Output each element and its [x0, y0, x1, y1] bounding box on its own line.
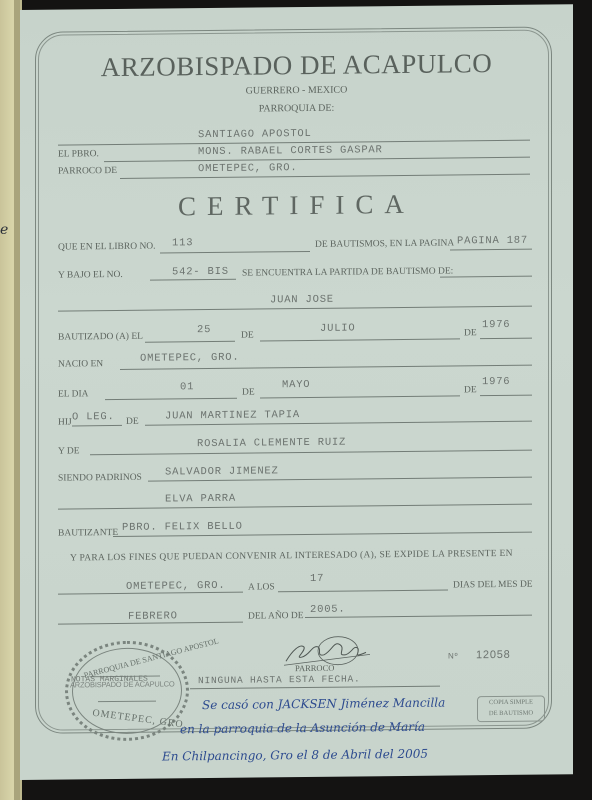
birth-month: MAYO: [282, 379, 310, 391]
year-label: DEL AÑO DE: [248, 611, 304, 622]
issuance-place: OMETEPEC, GRO.: [126, 580, 225, 593]
issuance-year: 2005.: [310, 604, 346, 616]
priest-value: MONS. RABAEL CORTES GASPAR: [198, 144, 383, 158]
birth-de2: DE: [464, 385, 477, 395]
issuance-day: 17: [310, 573, 324, 585]
copy-type-box: COPIA SIMPLE DE BAUTISMO: [477, 696, 545, 723]
baptism-day: 25: [197, 324, 211, 336]
birth-year: 1976: [482, 376, 510, 388]
number-value: 542- BIS: [172, 266, 229, 279]
a-los-label: A LOS: [248, 582, 275, 592]
parroco-value: OMETEPEC, GRO.: [198, 162, 297, 175]
father-name: JUAN MARTINEZ TAPIA: [165, 409, 300, 422]
mother-name: ROSALIA CLEMENTE RUIZ: [197, 437, 346, 451]
birth-place-value: OMETEPEC, GRO.: [140, 352, 239, 365]
baptism-de1: DE: [241, 331, 254, 341]
handwritten-marriage-note-line3: En Chilpancingo, Gro el 8 de Abril del 2…: [162, 747, 428, 764]
baptism-label: BAUTIZADO (A) EL: [58, 332, 143, 343]
handwritten-marriage-note-line1: Se casó con JACKSEN Jiménez Mancilla: [202, 696, 445, 713]
page-value: PAGINA 187: [457, 235, 528, 248]
godmother-name: ELVA PARRA: [165, 493, 236, 506]
baptism-de2: DE: [464, 328, 477, 338]
godparents-label: SIENDO PADRINOS: [58, 473, 142, 484]
godfather-name: SALVADOR JIMENEZ: [165, 465, 279, 478]
mother-label: Y DE: [58, 446, 80, 456]
hij-value: O LEG.: [72, 411, 115, 423]
serial-number: 12058: [476, 649, 511, 661]
birth-day: 01: [180, 381, 194, 393]
parish-seal-stamp: PARROQUIA DE SANTIAGO APOSTOL OMETEPEC, …: [65, 640, 189, 741]
page-label: DE BAUTISMOS, EN LA PAGINA: [315, 238, 454, 249]
baptism-certificate: ARZOBISPADO DE ACAPULCO GUERRERO - MEXIC…: [20, 4, 573, 780]
book-label: QUE EN EL LIBRO No.: [58, 242, 156, 253]
birth-day-label: EL DIA: [58, 389, 89, 399]
number-label: Y BAJO EL No.: [58, 270, 123, 281]
priest-label: EL PBRO.: [58, 149, 99, 159]
copy-type-line2: DE BAUTISMO: [478, 708, 544, 720]
baptism-year: 1976: [482, 319, 510, 331]
hij-label: HIJ: [58, 417, 72, 427]
dias-label: DIAS DEL MES DE: [453, 580, 533, 591]
parish-value: SANTIAGO APOSTOL: [198, 128, 312, 141]
birth-de1: DE: [242, 388, 255, 398]
issuance-month: FEBRERO: [128, 610, 178, 623]
copy-type-line1: COPIA SIMPLE: [478, 697, 544, 709]
baptized-name: JUAN JOSE: [270, 294, 334, 307]
baptism-month: JULIO: [320, 322, 356, 334]
archdiocese-title: ARZOBISPADO DE ACAPULCO: [20, 47, 573, 84]
handwritten-marriage-note-line2: en la parroquia de la Asunción de María: [180, 720, 425, 737]
parroco-label: PARROCO DE: [58, 166, 117, 177]
birth-place-label: NACIO EN: [58, 359, 103, 369]
officiant-label: BAUTIZANTE: [58, 528, 118, 539]
certifica-heading: CERTIFICA: [20, 187, 573, 224]
book-value: 113: [172, 237, 193, 249]
parroco-signature-label: PARROCO: [295, 663, 334, 673]
notes-label-underprint: ARZOBISPADO DE ACAPULCO: [70, 679, 174, 689]
marginal-notes-value: NINGUNA HASTA ESTA FECHA.: [198, 673, 361, 686]
officiant-value: PBRO. FELIX BELLO: [122, 521, 243, 534]
margin-handwriting: e: [0, 222, 8, 238]
father-de-label: DE: [126, 417, 139, 427]
serial-label: Nº: [448, 651, 458, 660]
